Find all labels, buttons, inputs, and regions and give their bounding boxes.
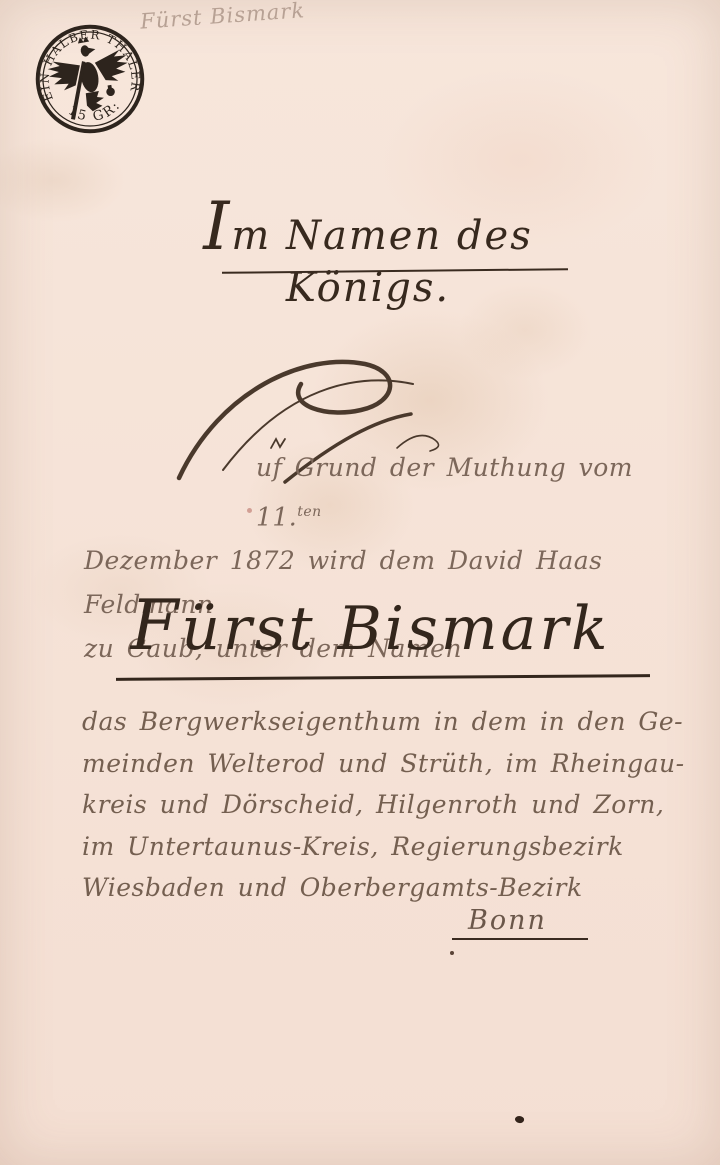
ink-spot <box>450 951 454 955</box>
place-name: Bonn <box>468 905 547 936</box>
grant-line: kreis und Dörscheid, Hilgenroth und Zorn… <box>82 784 687 826</box>
opening-line-1: uf Grund der Muthung vom 11.ten <box>84 446 709 539</box>
ink-spot <box>247 508 252 513</box>
ink-spot <box>514 1115 525 1125</box>
mine-name-title: Fürst Bismark <box>88 586 653 666</box>
date-superscript: ten <box>297 504 321 520</box>
document-page: EIN HALBER THALER 15 GR: Fürst Bismark I… <box>0 0 720 1165</box>
document-heading: Im Namen des Königs. <box>118 188 618 311</box>
pencil-annotation: Fürst Bismark <box>139 0 360 34</box>
grant-line: das Bergwerkseigenthum in dem in den Ge- <box>82 701 687 743</box>
grant-line: Wiesbaden und Oberbergamts-Bezirk <box>82 867 687 909</box>
grant-line: im Untertaunus-Kreis, Regierungsbezirk <box>82 826 687 868</box>
grant-line: meinden Welterod und Strüth, im Rheingau… <box>82 743 687 785</box>
grant-paragraph: das Bergwerkseigenthum in dem in den Ge-… <box>82 701 687 909</box>
prussian-eagle-stamp-icon: EIN HALBER THALER 15 GR: <box>24 13 156 145</box>
mine-name-underline <box>116 674 650 681</box>
revenue-stamp: EIN HALBER THALER 15 GR: <box>24 13 156 145</box>
place-underline <box>452 938 588 940</box>
